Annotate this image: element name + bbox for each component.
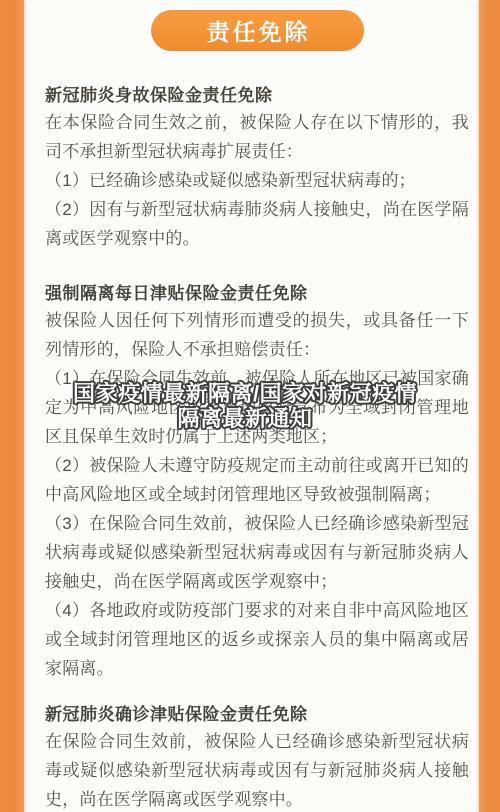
- overlay-watermark-title: 国家疫情最新隔离/国家对新冠疫情 隔离最新通知: [0, 381, 490, 431]
- clause-paragraph: 在本保险合同生效之前，被保险人存在以下情形的，我司不承担新型冠状病毒扩展责任：: [45, 108, 469, 166]
- section-body-quarantine-allowance: 被保险人因任何下列情形而遭受的损失，或具备任一下列情形的，保险人不承担赔偿责任：…: [45, 306, 469, 683]
- clause-paragraph: 被保险人因任何下列情形而遭受的损失，或具备任一下列情形的，保险人不承担赔偿责任：: [45, 306, 469, 364]
- clause-paragraph: （2）因有与新型冠状病毒肺炎病人接触史，尚在医学隔离或医学观察中的。: [45, 195, 469, 253]
- liability-exemption-badge: 责任免除: [151, 10, 364, 51]
- section-body-diagnosis-allowance: 在保险合同生效前，被保险人已经确诊感染新型冠状病毒或疑似感染新型冠状病毒或因有与…: [45, 727, 469, 812]
- badge-label: 责任免除: [204, 14, 311, 47]
- section-heading-quarantine-allowance: 强制隔离每日津贴保险金责任免除: [45, 282, 469, 306]
- section-heading-diagnosis-allowance: 新冠肺炎确诊津贴保险金责任免除: [45, 703, 469, 727]
- clause-paragraph: 在保险合同生效前，被保险人已经确诊感染新型冠状病毒或疑似感染新型冠状病毒或因有与…: [45, 727, 469, 812]
- clause-paragraph: （3）在保险合同生效前，被保险人已经确诊感染新型冠状病毒或疑似感染新型冠状病毒或…: [45, 509, 469, 596]
- clause-paragraph: （1）已经确诊感染或疑似感染新型冠状病毒的；: [45, 166, 469, 195]
- section-body-death-benefit: 在本保险合同生效之前，被保险人存在以下情形的，我司不承担新型冠状病毒扩展责任： …: [45, 108, 469, 253]
- clause-paragraph: （2）被保险人未遵守防疫规定而主动前往或离开已知的中高风险地区或全域封闭管理地区…: [45, 451, 469, 509]
- section-heading-death-benefit: 新冠肺炎身故保险金责任免除: [45, 84, 469, 108]
- overlay-title-line1: 国家疫情最新隔离/国家对新冠疫情: [0, 381, 490, 406]
- overlay-title-line2: 隔离最新通知: [0, 406, 490, 431]
- clause-paragraph: （4）各地政府或防疫部门要求的对来自非中高风险地区或全域封闭管理地区的返乡或探亲…: [45, 596, 469, 683]
